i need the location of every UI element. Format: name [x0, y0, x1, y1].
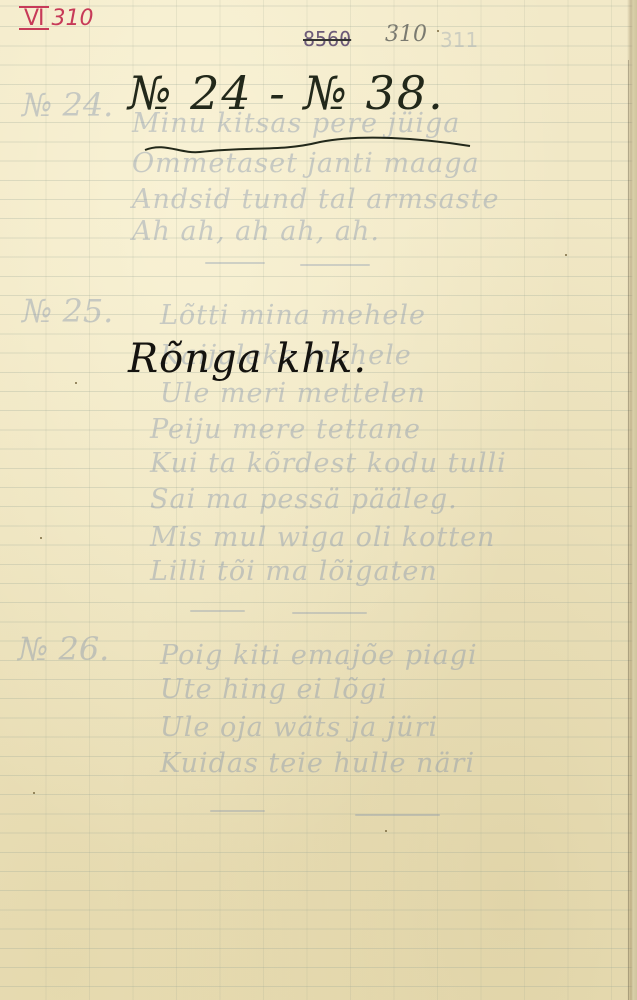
paper-speck	[565, 254, 567, 256]
archive-number: 310	[52, 6, 94, 31]
ghost-line: Andsid tund tal armsaste	[132, 184, 499, 215]
ghost-line: Ute hing ei lõgi	[160, 674, 387, 705]
ghost-divider	[205, 262, 265, 264]
pencil-page-number: 310	[385, 22, 427, 47]
ghost-line: Ule oja wäts ja jüri	[160, 712, 438, 743]
parish-name: Rõnga khk.	[128, 336, 367, 382]
ghost-line: Sai ma pessä pääleg.	[150, 484, 458, 515]
ghost-divider	[355, 814, 440, 816]
ghost-song-number: № 26.	[18, 630, 109, 668]
ghost-line: Kui ta kõrdest kodu tulli	[150, 448, 507, 479]
ghost-line: Kuidas teie hulle näri	[160, 748, 475, 779]
ghost-divider	[292, 612, 367, 614]
paper-speck	[437, 30, 439, 32]
paper-speck	[33, 792, 35, 794]
paper-speck	[385, 830, 387, 832]
ghost-song-number: № 24.	[22, 86, 113, 124]
ghost-song-number: № 25.	[22, 292, 113, 330]
range-heading: № 24 - № 38.	[128, 66, 445, 120]
ghost-line: Poig kiti emajõe piagi	[160, 640, 478, 671]
ghost-line: Peiju mere tettane	[150, 414, 421, 445]
ghost-line: Ah ah, ah ah, ah.	[132, 216, 380, 247]
archive-volume: VI	[22, 6, 46, 31]
ghost-line: Lõtti mina mehele	[160, 300, 426, 331]
ghost-line: Mis mul wiga oli kotten	[150, 522, 495, 553]
archive-reference: VI310	[22, 6, 94, 31]
manuscript-page: № 24. Minu kitsas pere jüiga Ommetaset j…	[0, 0, 637, 1000]
ghost-divider	[300, 264, 370, 266]
ghost-page-number: 311	[440, 28, 478, 52]
page-edge-line	[628, 60, 629, 1000]
paper-speck	[40, 537, 42, 539]
ghost-line: Ule meri mettelen	[160, 378, 426, 409]
ghost-line: Lilli tõi ma lõigaten	[150, 556, 438, 587]
ghost-divider	[210, 810, 265, 812]
wavy-underline	[140, 128, 480, 158]
paper-speck	[75, 382, 77, 384]
struck-old-number: 8560	[303, 27, 351, 51]
ghost-divider	[190, 610, 245, 612]
